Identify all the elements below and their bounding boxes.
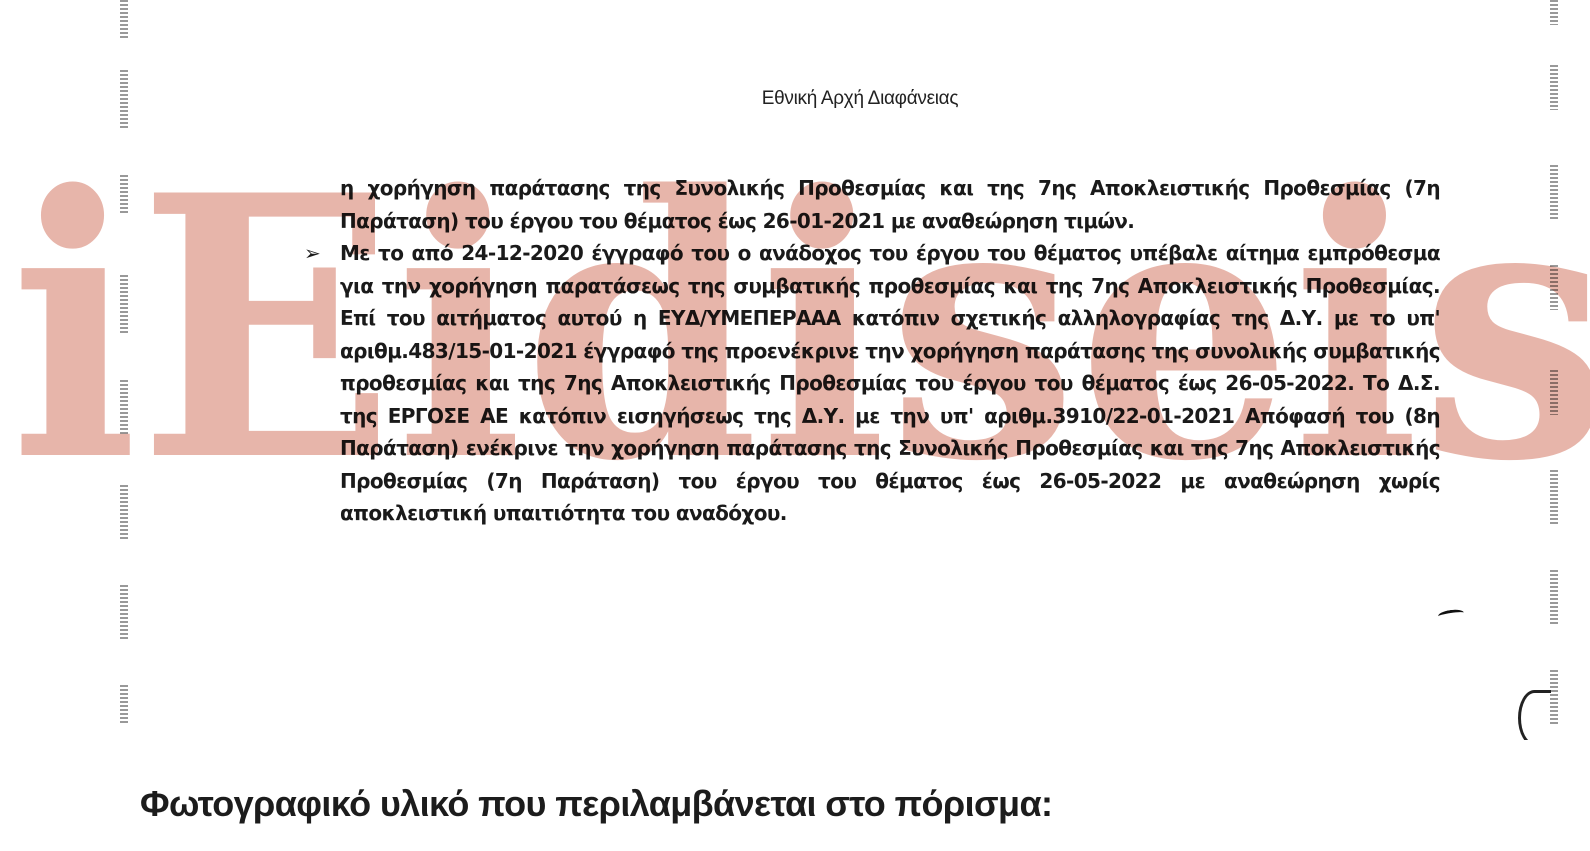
corner-mark <box>1518 690 1551 740</box>
right-margin-stamps <box>1548 0 1562 740</box>
left-margin-stamps <box>118 0 132 740</box>
document-body: η χορήγηση παράτασης της Συνολικής Προθε… <box>340 172 1440 530</box>
paragraph-1: η χορήγηση παράτασης της Συνολικής Προθε… <box>340 172 1440 237</box>
caption-heading: Φωτογραφικό υλικό που περιλαμβάνεται στο… <box>140 783 1052 825</box>
paragraph-2: Με το από 24-12-2020 έγγραφό του ο ανάδο… <box>340 237 1440 530</box>
document-header: Εθνική Αρχή Διαφάνειας <box>0 88 1590 110</box>
arrow-bullet-icon: ➢ <box>304 237 320 270</box>
pen-mark <box>1438 608 1465 621</box>
scanned-document-image: Εθνική Αρχή Διαφάνειας η χορήγηση παράτα… <box>0 0 1590 740</box>
bullet-paragraph: ➢ Με το από 24-12-2020 έγγραφό του ο ανά… <box>340 237 1440 530</box>
